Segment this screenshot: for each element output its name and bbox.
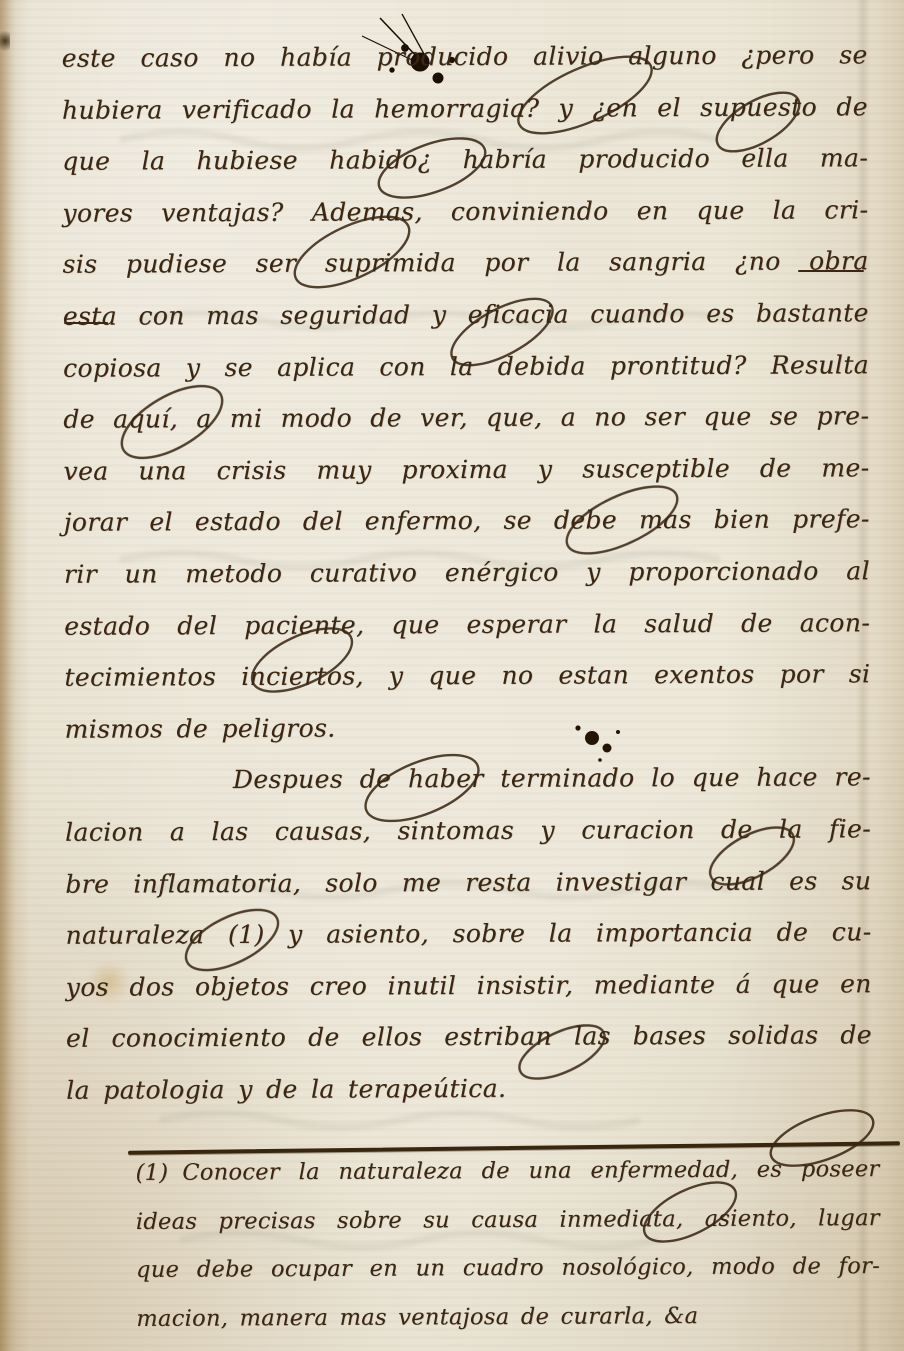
manuscript-line: la patologia y de la terapeútica. bbox=[66, 1072, 872, 1127]
footnote: (1)Conocer la naturaleza de una enfermed… bbox=[135, 1156, 880, 1351]
footnote-separator-line bbox=[128, 1141, 900, 1154]
manuscript-line: naturaleza (1) y asiento, sobre la impor… bbox=[65, 917, 871, 972]
manuscript-line: jorar el estado del enfermo, se debe mas… bbox=[64, 505, 870, 560]
manuscript-line-paragraph-start: Despues de haber terminado lo que hace r… bbox=[65, 763, 871, 818]
footnote-line: que debe ocupar en un cuadro nosológico,… bbox=[136, 1253, 880, 1305]
manuscript-line: el conocimiento de ellos estriban las ba… bbox=[66, 1021, 872, 1076]
manuscript-line: sis pudiese ser suprimida por la sangria… bbox=[63, 247, 869, 302]
manuscript-line: copiosa y se aplica con la debida pronti… bbox=[63, 350, 869, 405]
manuscript-line: de aquí, a mi modo de ver, que, a no ser… bbox=[63, 401, 869, 456]
manuscript-line: yores ventajas? Ademas, conviniendo en q… bbox=[62, 195, 868, 250]
manuscript-line: tecimientos inciertos, y que no estan ex… bbox=[64, 659, 870, 714]
footnote-line: (1)Conocer la naturaleza de una enfermed… bbox=[135, 1156, 879, 1208]
footnote-line: ideas precisas sobre su causa inmediata,… bbox=[136, 1205, 880, 1257]
footnote-text: Conocer la naturaleza de una enfermedad,… bbox=[182, 1156, 879, 1186]
edge-ink-mark bbox=[0, 28, 10, 54]
manuscript-line: rir un metodo curativo enérgico y propor… bbox=[64, 556, 870, 611]
left-deckle-edge bbox=[0, 0, 16, 1351]
manuscript-line: este caso no había producido alivio algu… bbox=[62, 40, 868, 95]
manuscript-line: lacion a las causas, sintomas y curacion… bbox=[65, 814, 871, 869]
manuscript-line: vea una crisis muy proxima y susceptible… bbox=[63, 453, 869, 508]
footnote-line: macion, manera mas ventajosa de curarla,… bbox=[136, 1302, 880, 1351]
manuscript-page: este caso no había producido alivio algu… bbox=[0, 0, 904, 1351]
manuscript-body: este caso no había producido alivio algu… bbox=[62, 40, 873, 1127]
manuscript-line: bre inflamatoria, solo me resta investig… bbox=[65, 866, 871, 921]
manuscript-line: esta con mas seguridad y eficacia cuando… bbox=[63, 298, 869, 353]
manuscript-line: que la hubiese habido¿ habría producido … bbox=[62, 143, 868, 198]
manuscript-line: estado del paciente, que esperar la salu… bbox=[64, 608, 870, 663]
manuscript-line: hubiera verificado la hemorragia? y ¿en … bbox=[62, 92, 868, 147]
manuscript-line: mismos de peligros. bbox=[65, 711, 871, 766]
manuscript-line: yos dos objetos creo inutil insistir, me… bbox=[66, 969, 872, 1024]
footnote-marker: (1) bbox=[135, 1160, 182, 1186]
